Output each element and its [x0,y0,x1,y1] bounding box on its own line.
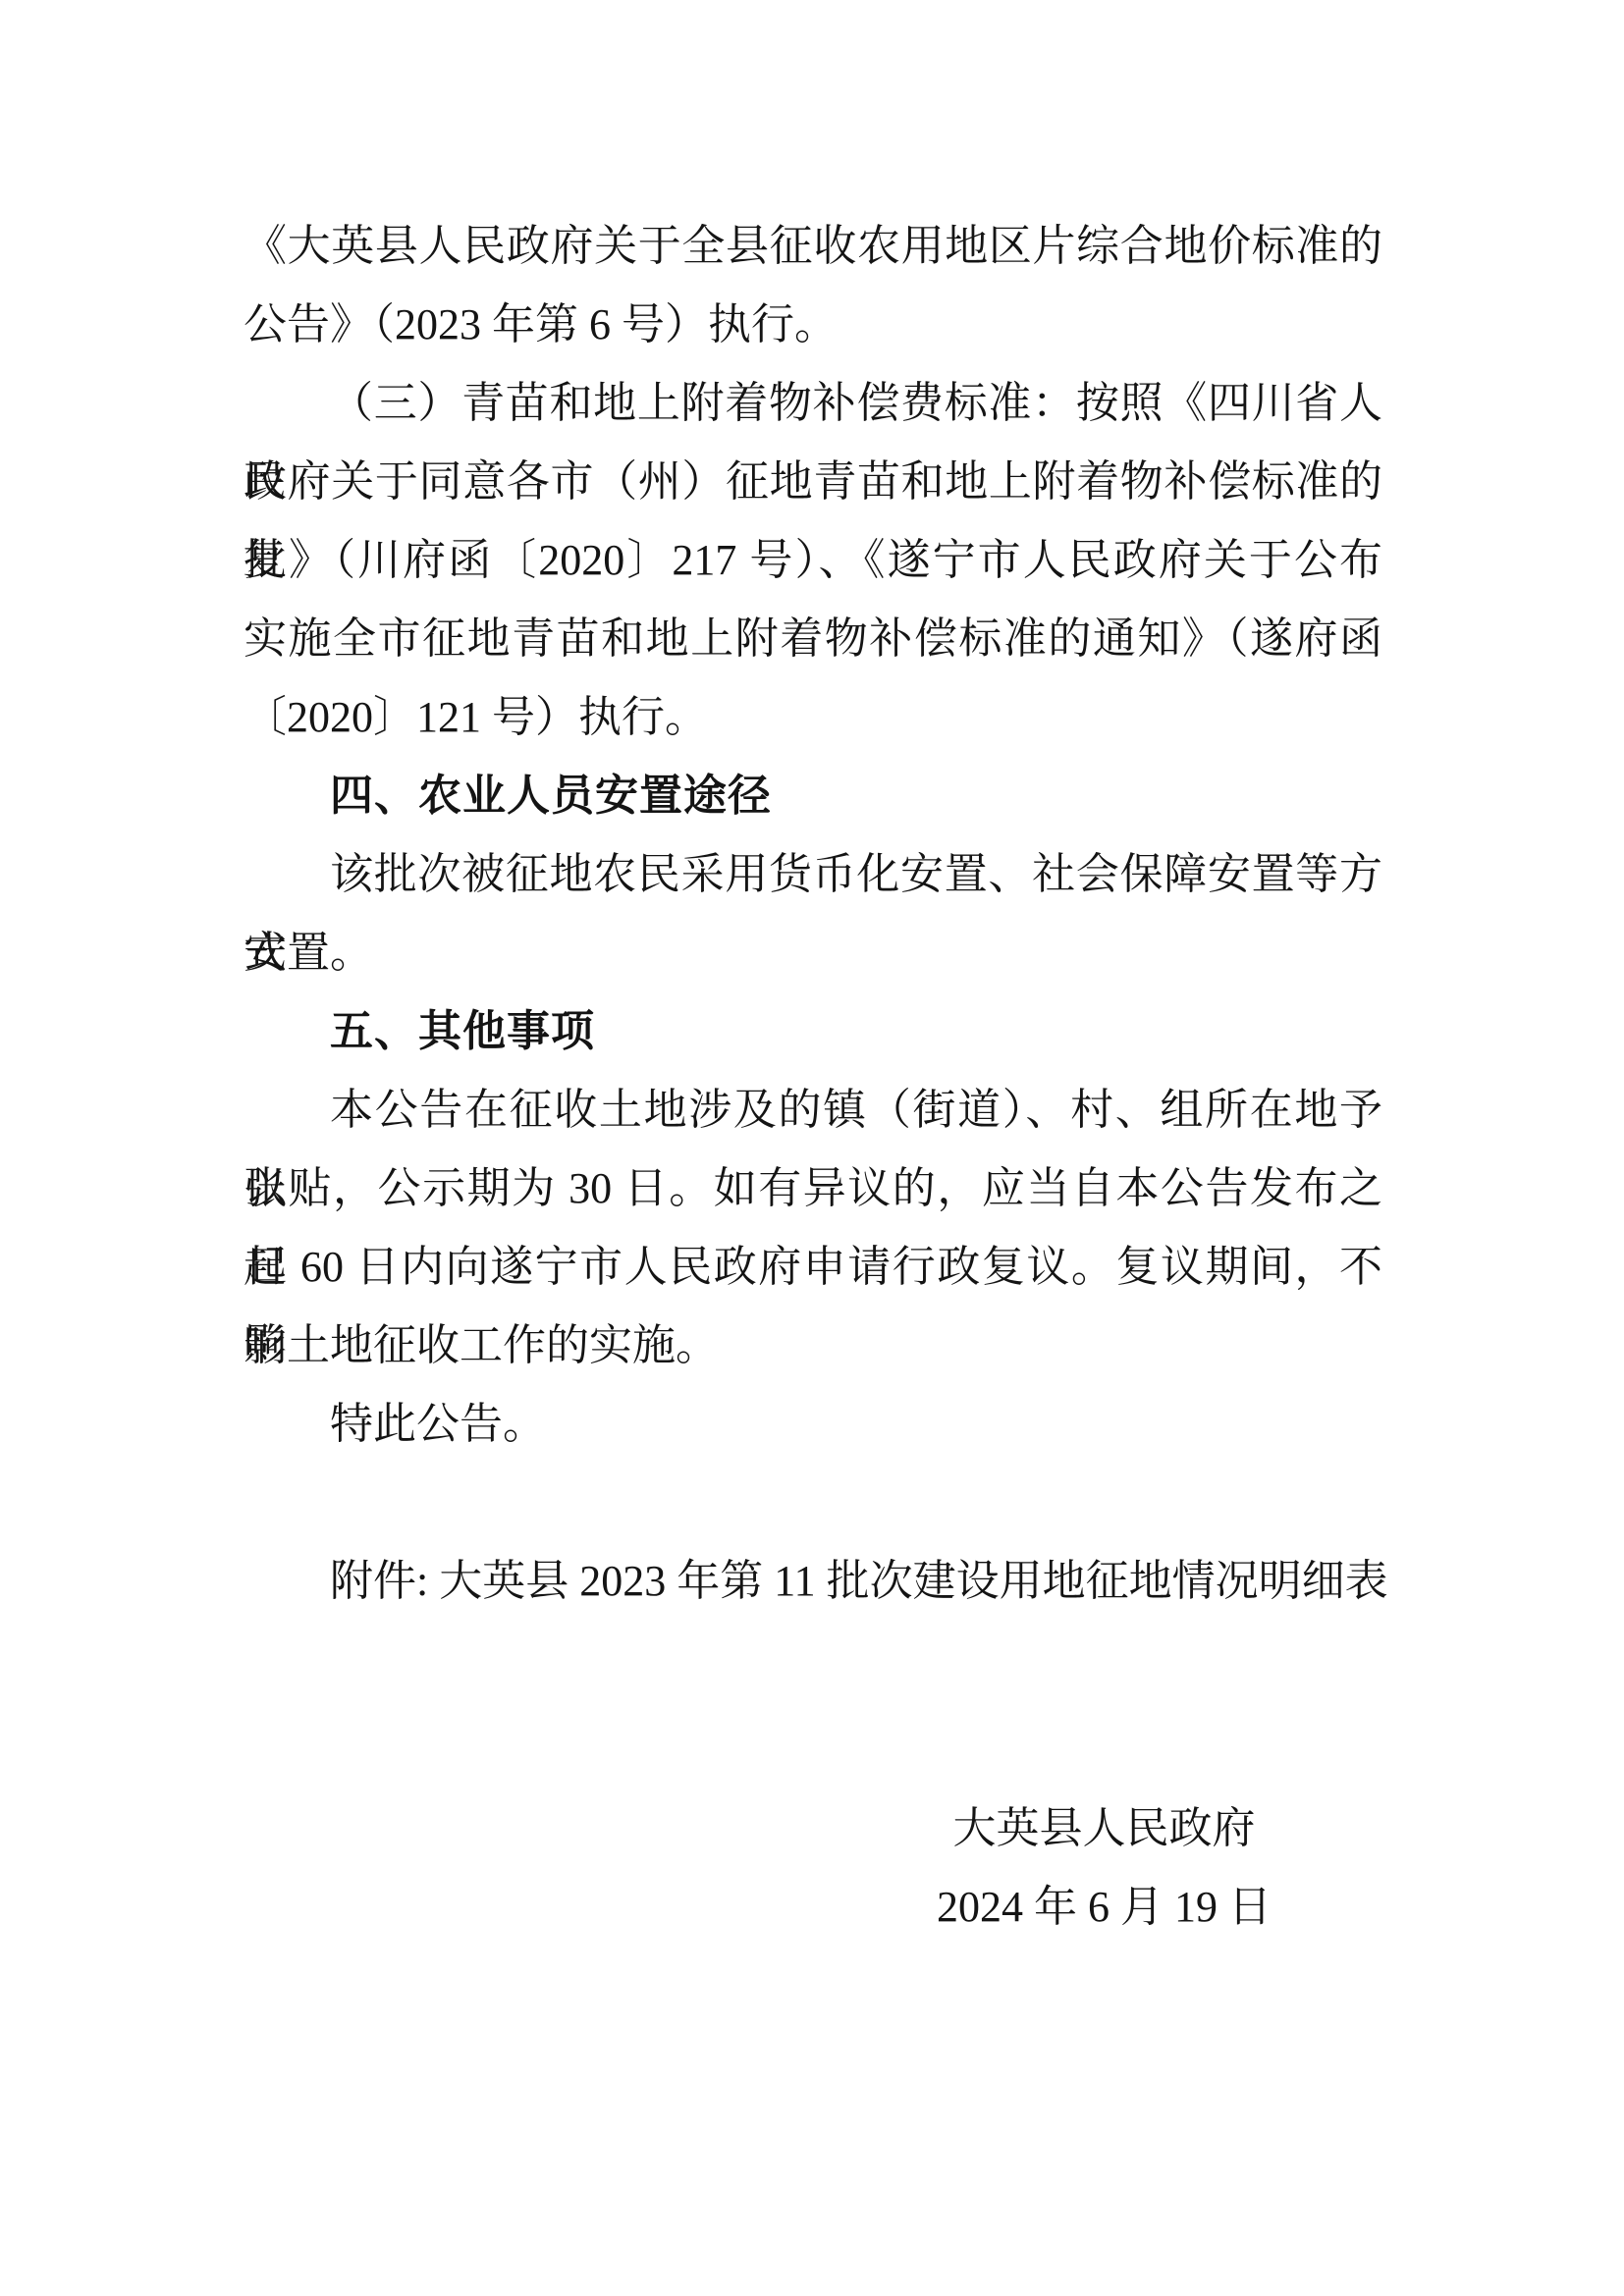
document-page: 《大英县人民政府关于全县征收农用地区片综合地价标准的 公告》（2023 年第 6… [0,0,1624,2296]
body-line: 《大英县人民政府关于全县征收农用地区片综合地价标准的 [244,207,1382,286]
body-line: 复》（川府函〔2020〕217 号）、《遂宁市人民政府关于公布 [244,521,1382,600]
body-line: 安置。 [244,914,1382,992]
blank-line [244,1464,1382,1542]
attachment-line: 附件: 大英县 2023 年第 11 批次建设用地征地情况明细表 [244,1542,1382,1621]
signature-block: 大英县人民政府 2024 年 6 月 19 日 [937,1789,1272,1947]
body-line: 张贴，公示期为 30 日。如有异议的，应当自本公告发布之日 [244,1149,1382,1228]
body-line: 实施全市征地青苗和地上附着物补偿标准的通知》（遂府函 [244,600,1382,678]
issuer-name: 大英县人民政府 [937,1789,1272,1868]
body-line: 〔2020〕121 号）执行。 [244,678,1382,757]
closing-line: 特此公告。 [244,1385,1382,1464]
section-heading-5: 五、其他事项 [244,992,1382,1071]
body-line: 该批次被征地农民采用货币化安置、社会保障安置等方式 [244,835,1382,914]
body-line: 起 60 日内向遂宁市人民政府申请行政复议。复议期间，不影 [244,1228,1382,1307]
body-line: 本公告在征收土地涉及的镇（街道）、村、组所在地予以 [244,1071,1382,1149]
body-line: （三）青苗和地上附着物补偿费标准：按照《四川省人民 [244,364,1382,443]
body-line: 响土地征收工作的实施。 [244,1307,1382,1385]
body-line: 政府关于同意各市（州）征地青苗和地上附着物补偿标准的批 [244,443,1382,521]
issue-date: 2024 年 6 月 19 日 [937,1868,1272,1947]
section-heading-4: 四、农业人员安置途径 [244,757,1382,835]
body-line: 公告》（2023 年第 6 号）执行。 [244,286,1382,364]
